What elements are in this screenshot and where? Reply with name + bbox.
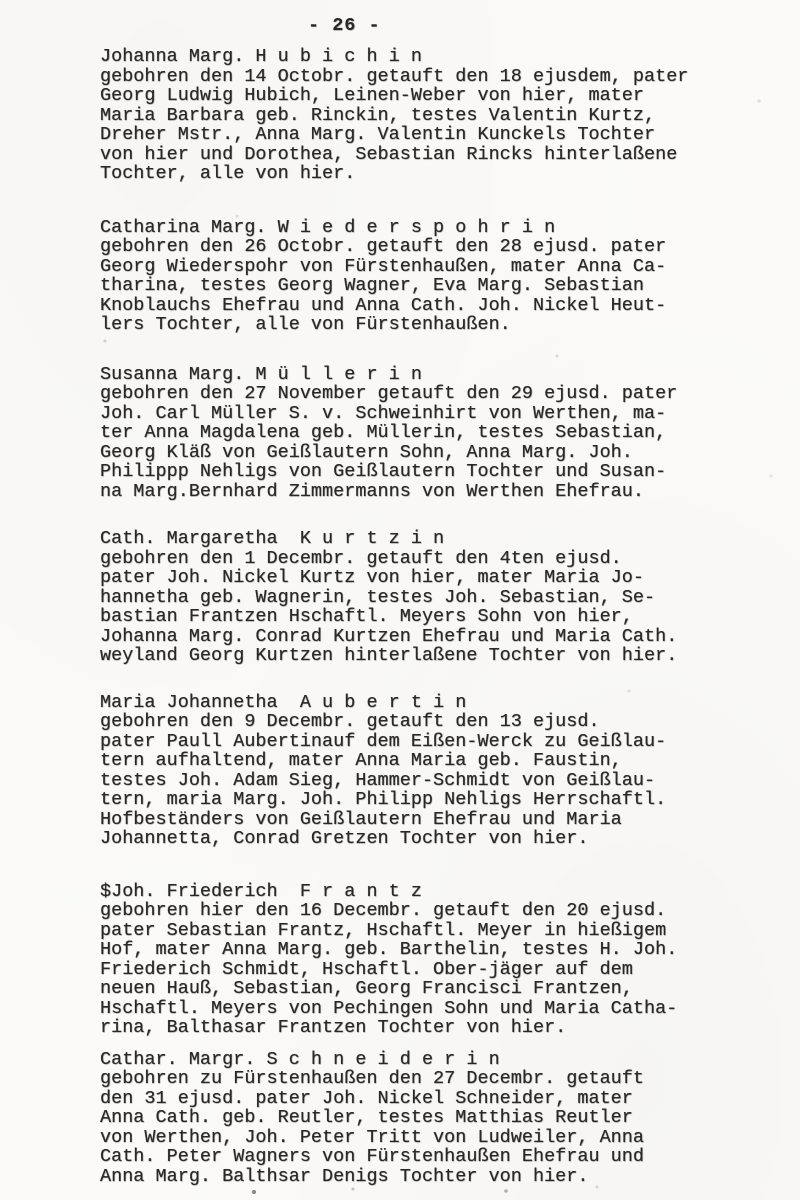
entry-line: weyland Georg Kurtzen hinterlaßene Tocht…	[100, 646, 740, 666]
entry-line: Johannetta, Conrad Gretzen Tochter von h…	[100, 829, 740, 849]
entry-line: ter Anna Magdalena geb. Müllerin, testes…	[100, 423, 740, 443]
entry-line: gebohren den 9 Decembr. getauft den 13 e…	[100, 712, 740, 732]
entry-heading: Cath. Margaretha K u r t z i n	[100, 529, 740, 549]
entry-line: Johanna Marg. Conrad Kurtzen Ehefrau und…	[100, 627, 740, 647]
entry-line: Cath. Peter Wagners von Fürstenhaußen Eh…	[100, 1147, 740, 1167]
entry-line: tharina, testes Georg Wagner, Eva Marg. …	[100, 276, 740, 296]
entry-line: gebohren hier den 16 Decembr. getauft de…	[100, 901, 740, 921]
entry-line: Maria Barbara geb. Rinckin, testes Valen…	[100, 106, 740, 126]
entry-line: neuen Hauß, Sebastian, Georg Francisci F…	[100, 979, 740, 999]
entry-line: den 31 ejusd. pater Joh. Nickel Schneide…	[100, 1089, 740, 1109]
entry-line: gebohren den 27 November getauft den 29 …	[100, 384, 740, 404]
entry-line: Georg Ludwig Hubich, Leinen-Weber von hi…	[100, 86, 740, 106]
entry-line: Hof, mater Anna Marg. geb. Barthelin, te…	[100, 940, 740, 960]
entry-heading: Susanna Marg. M ü l l e r i n	[100, 365, 740, 385]
entry-line: tern aufhaltend, mater Anna Maria geb. F…	[100, 751, 740, 771]
entry-line: von hier und Dorothea, Sebastian Rincks …	[100, 145, 740, 165]
register-entry: Maria Johannetha A u b e r t i ngebohren…	[100, 693, 740, 849]
register-entry: Susanna Marg. M ü l l e r i ngebohren de…	[100, 365, 740, 502]
register-entry: Cathar. Margr. S c h n e i d e r i ngebo…	[100, 1050, 740, 1187]
register-entry: Catharina Marg. W i e d e r s p o h r i …	[100, 218, 740, 335]
entry-heading: Catharina Marg. W i e d e r s p o h r i …	[100, 218, 740, 238]
register-entry: Johanna Marg. H u b i c h i ngebohren de…	[100, 47, 740, 184]
entry-line: rina, Balthasar Frantzen Tochter von hie…	[100, 1018, 740, 1038]
entry-line: Joh. Carl Müller S. v. Schweinhirt von W…	[100, 404, 740, 424]
entry-line: bastian Frantzen Hschaftl. Meyers Sohn v…	[100, 607, 740, 627]
entry-line: lers Tochter, alle von Fürstenhaußen.	[100, 315, 740, 335]
entry-heading: Maria Johannetha A u b e r t i n	[100, 693, 740, 713]
entry-line: Hschaftl. Meyers von Pechingen Sohn und …	[100, 999, 740, 1019]
entry-line: Friederich Schmidt, Hschaftl. Ober-jäger…	[100, 960, 740, 980]
entry-line: von Werthen, Joh. Peter Tritt von Ludwei…	[100, 1128, 740, 1148]
register-entry: Cath. Margaretha K u r t z i ngebohren d…	[100, 529, 740, 666]
entry-line: pater Joh. Nickel Kurtz von hier, mater …	[100, 568, 740, 588]
entry-line: Georg Wiederspohr von Fürstenhaußen, mat…	[100, 257, 740, 277]
entry-line: testes Joh. Adam Sieg, Hammer-Schmidt vo…	[100, 771, 740, 791]
entry-line: Dreher Mstr., Anna Marg. Valentin Kuncke…	[100, 125, 740, 145]
entry-line: Tochter, alle von hier.	[100, 164, 740, 184]
entry-line: Knoblauchs Ehefrau und Anna Cath. Joh. N…	[100, 296, 740, 316]
register-entry: $Joh. Friederich F r a n t zgebohren hie…	[100, 882, 740, 1038]
entry-heading: Johanna Marg. H u b i c h i n	[100, 47, 740, 67]
entry-line: pater Paull Aubertinauf dem Eißen-Werck …	[100, 732, 740, 752]
entry-line: gebohren den 14 Octobr. getauft den 18 e…	[100, 67, 740, 87]
scanned-register-page: - 26 - Johanna Marg. H u b i c h i ngebo…	[0, 0, 800, 1200]
entry-line: pater Sebastian Frantz, Hschaftl. Meyer …	[100, 921, 740, 941]
scan-speckle	[0, 0, 2, 2]
entry-line: tern, maria Marg. Joh. Philipp Nehligs H…	[100, 790, 740, 810]
entry-line: Anna Cath. geb. Reutler, testes Matthias…	[100, 1108, 740, 1128]
entry-line: Hofbeständers von Geißlautern Ehefrau un…	[100, 810, 740, 830]
entry-heading: $Joh. Friederich F r a n t z	[100, 882, 740, 902]
entry-line: Philippp Nehligs von Geißlautern Tochter…	[100, 462, 740, 482]
entry-heading: Cathar. Margr. S c h n e i d e r i n	[100, 1050, 740, 1070]
entry-line: Georg Kläß von Geißlautern Sohn, Anna Ma…	[100, 443, 740, 463]
entry-line: hannetha geb. Wagnerin, testes Joh. Seba…	[100, 588, 740, 608]
entry-line: na Marg.Bernhard Zimmermanns von Werthen…	[100, 482, 740, 502]
register-entries: Johanna Marg. H u b i c h i ngebohren de…	[100, 47, 740, 1186]
entry-line: gebohren den 26 Octobr. getauft den 28 e…	[100, 237, 740, 257]
entry-line: Anna Marg. Balthsar Denigs Tochter von h…	[100, 1167, 740, 1187]
entry-line: gebohren den 1 Decembr. getauft den 4ten…	[100, 549, 740, 569]
page-number: - 26 -	[0, 0, 800, 36]
entry-line: gebohren zu Fürstenhaußen den 27 Decembr…	[100, 1069, 740, 1089]
